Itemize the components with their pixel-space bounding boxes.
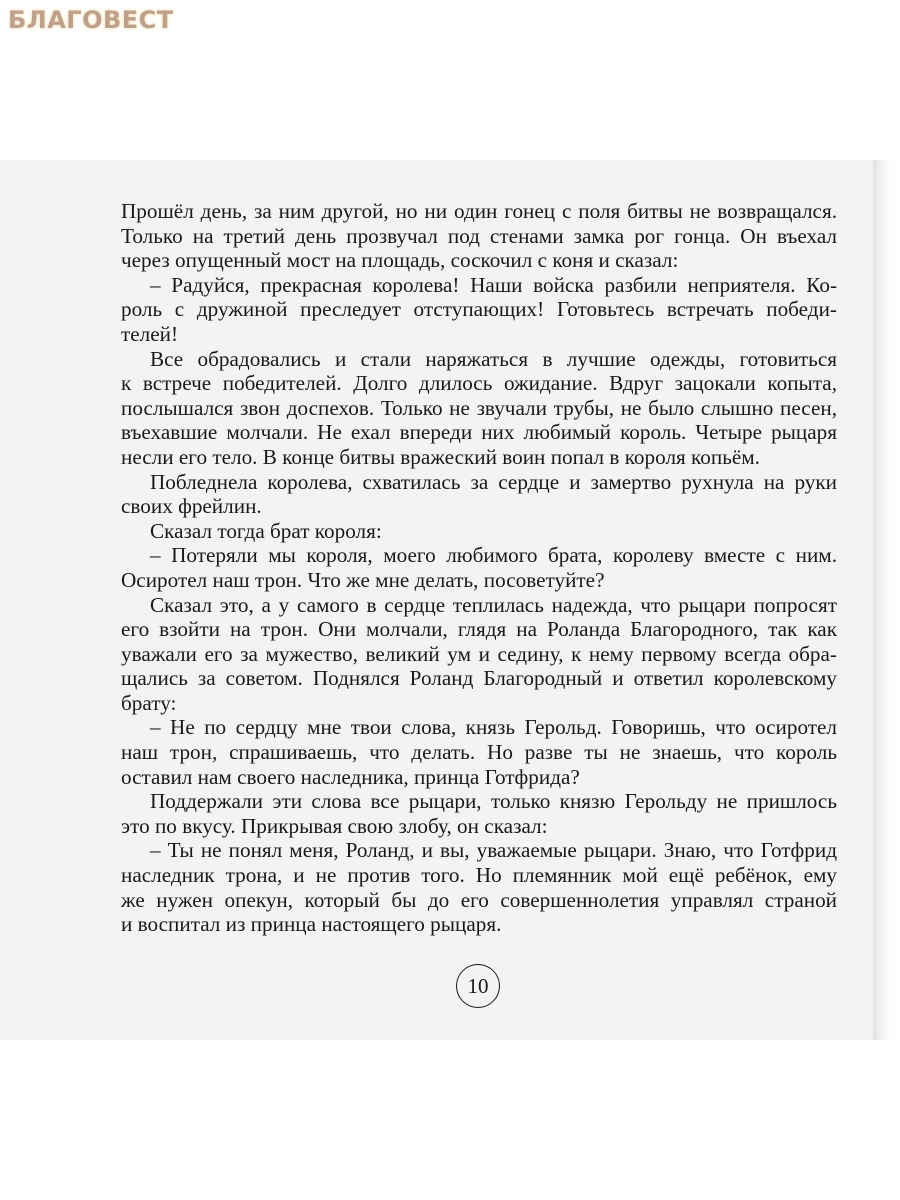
text-line: несли его тело. В конце битвы вражеский … [121, 445, 837, 470]
text-line: своих фрейлин. [121, 494, 837, 519]
text-line: телей! [121, 322, 837, 347]
page-number-badge: 10 [456, 964, 500, 1008]
text-line: – Ты не понял меня, Роланд, и вы, уважае… [121, 838, 837, 863]
text-line: это по вкусу. Прикрывая свою злобу, он с… [121, 814, 837, 839]
text-line: Поддержали эти слова все рыцари, только … [121, 789, 837, 814]
text-line: и воспитал из принца настоящего рыцаря. [121, 912, 837, 937]
text-line: – Потеряли мы короля, моего любимого бра… [121, 543, 837, 568]
text-line: щались за советом. Поднялся Роланд Благо… [121, 666, 837, 691]
text-line: – Не по сердцу мне твои слова, князь Гер… [121, 715, 837, 740]
text-line: брату: [121, 691, 837, 716]
page-edge-shadow [876, 160, 900, 1040]
text-line: Сказал это, а у самого в сердце теплилас… [121, 593, 837, 618]
text-line: Осиротел наш трон. Что же мне делать, по… [121, 568, 837, 593]
text-line: Сказал тогда брат короля: [121, 519, 837, 544]
text-line: послышался звон доспехов. Только не звуч… [121, 396, 837, 421]
text-line: роль с дружиной преследует отступающих! … [121, 297, 837, 322]
text-line: его взойти на трон. Они молчали, глядя н… [121, 617, 837, 642]
text-line: Только на третий день прозвучал под стен… [121, 224, 837, 249]
page-number: 10 [468, 974, 489, 999]
page-text: Прошёл день, за ним другой, но ни один г… [121, 199, 837, 937]
text-line: Прошёл день, за ним другой, но ни один г… [121, 199, 837, 224]
text-line: через опущенный мост на площадь, соскочи… [121, 248, 837, 273]
text-line: наш трон, спрашиваешь, что делать. Но ра… [121, 740, 837, 765]
text-line: оставил нам своего наследника, принца Го… [121, 765, 837, 790]
text-line: уважали его за мужество, великий ум и се… [121, 642, 837, 667]
text-line: – Радуйся, прекрасная королева! Наши вой… [121, 273, 837, 298]
text-line: же нужен опекун, который бы до его совер… [121, 888, 837, 913]
text-line: въехавшие молчали. Не ехал впереди них л… [121, 420, 837, 445]
watermark-logo: БЛАГОВЕСТ [8, 6, 174, 34]
text-line: к встрече победителей. Долго длилось ожи… [121, 371, 837, 396]
text-line: Все обрадовались и стали наряжаться в лу… [121, 347, 837, 372]
text-line: Побледнела королева, схватилась за сердц… [121, 470, 837, 495]
text-line: наследник трона, и не против того. Но пл… [121, 863, 837, 888]
